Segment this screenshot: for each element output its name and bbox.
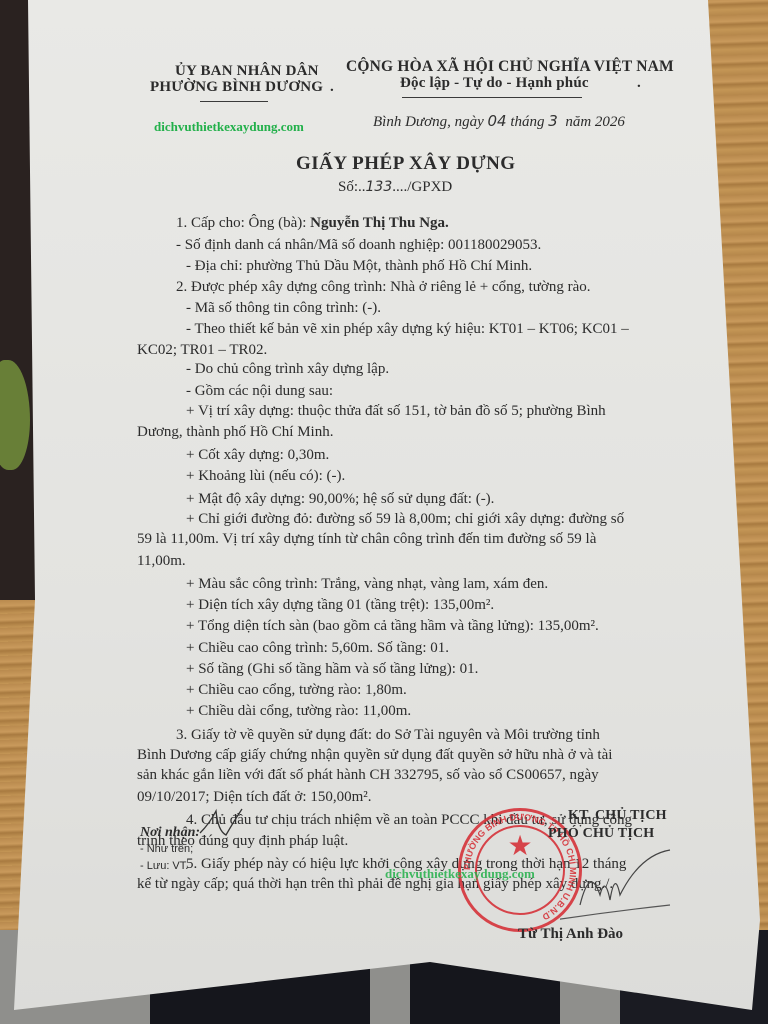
body-line: + Chiều cao cổng, tường rào: 1,80m. xyxy=(186,679,407,701)
signer-name: Từ Thị Anh Đào xyxy=(518,926,623,943)
body-line-text: + Chỉ giới đường đỏ: đường số 59 là 8,00… xyxy=(186,511,624,527)
body-line-text: 09/10/2017; Diện tích đất ở: 150,00m². xyxy=(137,789,372,805)
body-line-text: Dương, thành phố Hồ Chí Minh. xyxy=(137,424,333,440)
body-line-text: - Gồm các nội dung sau: xyxy=(186,383,333,399)
body-line: 3. Giấy tờ về quyền sử dụng đất: do Sở T… xyxy=(176,724,600,746)
watermark-text: dichvuthietkexaydung.com xyxy=(154,119,304,135)
body-line-text: 1. Cấp cho: Ông (bà): xyxy=(176,215,310,231)
body-line: - Địa chỉ: phường Thủ Dầu Một, thành phố… xyxy=(186,255,532,277)
body-line-text: sản khác gắn liền với đất số phát hành C… xyxy=(137,767,599,783)
body-line-text: - Số định danh cá nhân/Mã số doanh nghiệ… xyxy=(176,237,541,253)
body-line: + Khoảng lùi (nếu có): (-). xyxy=(186,465,345,487)
body-line-text: - Địa chỉ: phường Thủ Dầu Một, thành phố… xyxy=(186,258,532,274)
body-line-text: + Mật độ xây dựng: 90,00%; hệ số sử dụng… xyxy=(186,491,494,507)
date-year: năm 2026 xyxy=(565,114,625,130)
body-line: - Gồm các nội dung sau: xyxy=(186,380,333,402)
watermark-text-2: dichvuthietkexaydung.com xyxy=(385,866,535,882)
permit-number: Số:..133..../GPXD xyxy=(338,176,452,198)
body-line: Bình Dương cấp giấy chứng nhận quyền sử … xyxy=(137,744,612,766)
body-line-text: 11,00m. xyxy=(137,553,186,569)
date-line: Bình Dương, ngày 04 tháng 3 năm 2026 xyxy=(373,110,625,133)
body-line: + Diện tích xây dựng tầng 01 (tầng trệt)… xyxy=(186,594,494,616)
permit-number-suffix: ..../GPXD xyxy=(392,179,452,195)
body-line-text: 3. Giấy tờ về quyền sử dụng đất: do Sở T… xyxy=(176,727,600,743)
body-line: + Số tầng (Ghi số tầng hầm và số tầng lử… xyxy=(186,658,478,680)
body-line: + Màu sắc công trình: Trắng, vàng nhạt, … xyxy=(186,573,548,595)
body-line: Dương, thành phố Hồ Chí Minh. xyxy=(137,421,333,443)
body-line-text: + Chiều dài cổng, tường rào: 11,00m. xyxy=(186,703,411,719)
issuer-line-2: PHƯỜNG BÌNH DƯƠNG xyxy=(150,79,323,96)
national-dot: . xyxy=(637,75,641,92)
body-line: 11,00m. xyxy=(137,550,186,572)
body-line-text: - Theo thiết kế bản vẽ xin phép xây dựng… xyxy=(186,321,629,337)
body-line: 59 là 11,00m. Vị trí xây dựng tính từ ch… xyxy=(137,528,596,550)
body-line: + Chiều cao công trình: 5,60m. Số tầng: … xyxy=(186,637,449,659)
recipient-item: - Như trên; xyxy=(140,843,193,855)
body-line: + Cốt xây dựng: 0,30m. xyxy=(186,444,329,466)
handwritten-signature xyxy=(560,845,680,935)
body-line-text: + Tổng diện tích sàn (bao gồm cả tầng hầ… xyxy=(186,618,599,634)
plant-background xyxy=(0,360,30,470)
body-line: + Chỉ giới đường đỏ: đường số 59 là 8,00… xyxy=(186,508,624,530)
date-day: 04 xyxy=(488,112,507,130)
body-line: - Do chủ công trình xây dựng lập. xyxy=(186,358,389,380)
body-line-text: + Vị trí xây dựng: thuộc thửa đất số 151… xyxy=(186,403,606,419)
body-line: + Tổng diện tích sàn (bao gồm cả tầng hầ… xyxy=(186,615,599,637)
body-line-text: + Chiều cao cổng, tường rào: 1,80m. xyxy=(186,682,407,698)
body-line: sản khác gắn liền với đất số phát hành C… xyxy=(137,764,599,786)
applicant-name: Nguyễn Thị Thu Nga. xyxy=(310,215,449,231)
recipients-title: Nơi nhận: xyxy=(140,822,200,844)
body-line: - Mã số thông tin công trình: (-). xyxy=(186,297,381,319)
body-line: + Vị trí xây dựng: thuộc thửa đất số 151… xyxy=(186,400,606,422)
national-line-1: CỘNG HÒA XÃ HỘI CHỦ NGHĨA VIỆT NAM xyxy=(346,58,674,76)
body-line: - Số định danh cá nhân/Mã số doanh nghiệ… xyxy=(176,234,541,256)
body-line-text: + Số tầng (Ghi số tầng hầm và số tầng lử… xyxy=(186,661,478,677)
body-line-text: 2. Được phép xây dựng công trình: Nhà ở … xyxy=(176,279,590,295)
permit-number-value: 133 xyxy=(366,179,393,195)
date-month-label: tháng xyxy=(510,114,544,130)
permit-number-prefix: Số:.. xyxy=(338,179,366,195)
issuer-dot: . xyxy=(330,79,334,96)
body-line: + Chiều dài cổng, tường rào: 11,00m. xyxy=(186,700,411,722)
signer-role-2: PHÓ CHỦ TỊCH xyxy=(548,826,654,842)
recipient-item: - Lưu: VT. xyxy=(140,860,188,872)
signer-role-1: KT. CHỦ TỊCH xyxy=(568,808,667,824)
date-month: 3 xyxy=(548,112,558,130)
body-line: 2. Được phép xây dựng công trình: Nhà ở … xyxy=(176,276,590,298)
body-line-text: Bình Dương cấp giấy chứng nhận quyền sử … xyxy=(137,747,612,763)
body-line-text: + Cốt xây dựng: 0,30m. xyxy=(186,447,329,463)
body-line-text: - Do chủ công trình xây dựng lập. xyxy=(186,361,389,377)
body-line: + Mật độ xây dựng: 90,00%; hệ số sử dụng… xyxy=(186,488,494,510)
body-line: 09/10/2017; Diện tích đất ở: 150,00m². xyxy=(137,786,372,808)
issuer-line-1: ỦY BAN NHÂN DÂN xyxy=(175,63,319,80)
body-line: 1. Cấp cho: Ông (bà): Nguyễn Thị Thu Nga… xyxy=(176,212,449,234)
body-line-text: + Diện tích xây dựng tầng 01 (tầng trệt)… xyxy=(186,597,494,613)
body-line-text: KC02; TR01 – TR02. xyxy=(137,342,267,358)
national-line-2: Độc lập - Tự do - Hạnh phúc xyxy=(400,75,589,92)
permit-paper: ỦY BAN NHÂN DÂN PHƯỜNG BÌNH DƯƠNG . CỘNG… xyxy=(0,0,768,1024)
body-line-text: 59 là 11,00m. Vị trí xây dựng tính từ ch… xyxy=(137,531,596,547)
national-underline xyxy=(402,97,582,98)
initial-signature xyxy=(196,805,246,845)
body-line-text: + Màu sắc công trình: Trắng, vàng nhạt, … xyxy=(186,576,548,592)
body-line-text: - Mã số thông tin công trình: (-). xyxy=(186,300,381,316)
body-line-text: + Khoảng lùi (nếu có): (-). xyxy=(186,468,345,484)
body-line-text: + Chiều cao công trình: 5,60m. Số tầng: … xyxy=(186,640,449,656)
date-place: Bình Dương, ngày xyxy=(373,114,484,130)
issuer-underline xyxy=(200,101,268,102)
body-line: - Theo thiết kế bản vẽ xin phép xây dựng… xyxy=(186,318,629,340)
document-title: GIẤY PHÉP XÂY DỰNG xyxy=(296,153,516,175)
